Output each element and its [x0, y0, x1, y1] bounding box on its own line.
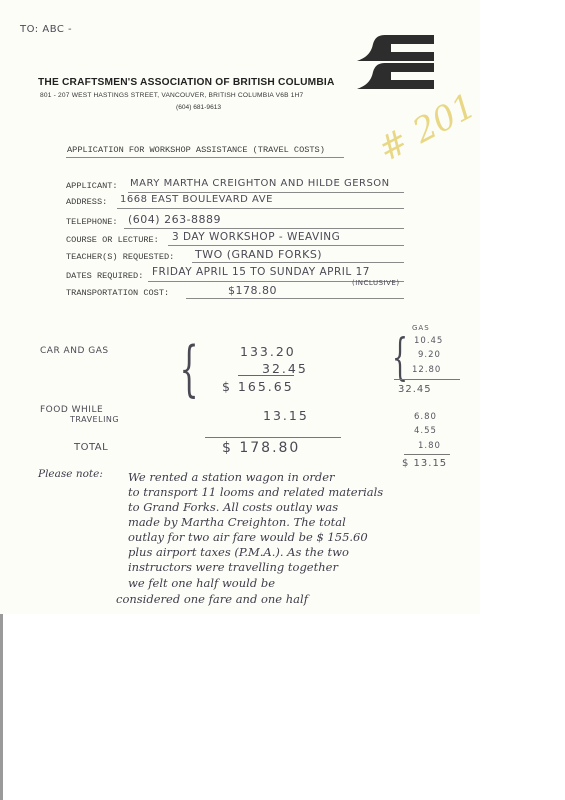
note-line: to Grand Forks. All costs outlay was [128, 500, 338, 514]
note-line: instructors were travelling together [128, 560, 338, 574]
scan-edge [0, 614, 3, 800]
field-label: APPLICANT: [66, 181, 118, 191]
field-value: TWO (GRAND FORKS) [195, 248, 322, 261]
note-line: we felt one half would be [128, 576, 275, 590]
note-line: made by Martha Creighton. The total [128, 515, 346, 529]
food-amount: 13.15 [263, 408, 309, 423]
gas-sum: 32.45 [398, 384, 432, 395]
field-line [128, 192, 404, 193]
field-line [168, 245, 404, 246]
note-label: Please note: [38, 468, 103, 480]
food-item: 6.80 [414, 412, 437, 422]
sum-line [394, 379, 460, 380]
food-item: 4.55 [414, 426, 437, 436]
note-line: outlay for two air fare would be $ 155.6… [128, 530, 368, 544]
cc-logo-icon [355, 34, 435, 90]
brace: { [392, 328, 408, 386]
car-and-gas-subtotal: $ 165.65 [222, 379, 294, 394]
field-line [186, 298, 404, 299]
field-label: ADDRESS: [66, 197, 107, 207]
sum-line [404, 454, 450, 455]
car-and-gas-label: CAR AND GAS [40, 346, 109, 356]
car-amount: 133.20 [240, 344, 296, 359]
field-label: COURSE OR LECTURE: [66, 235, 159, 245]
organization-name: THE CRAFTSMEN'S ASSOCIATION OF BRITISH C… [38, 77, 335, 88]
total-amount: $ 178.80 [222, 440, 300, 456]
field-label: TEACHER(S) REQUESTED: [66, 252, 174, 262]
field-value: 3 DAY WORKSHOP - WEAVING [172, 231, 340, 243]
gas-amount: 32.45 [262, 361, 308, 376]
gas-item: 12.80 [412, 365, 441, 375]
gas-item: 10.45 [414, 336, 443, 346]
food-label-2: TRAVELING [70, 415, 119, 424]
field-value: FRIDAY APRIL 15 TO SUNDAY APRIL 17 [152, 266, 370, 278]
gas-item: 9.20 [418, 350, 441, 360]
gas-sidecalc-header: GAS [412, 324, 430, 332]
note-line: considered one fare and one half [116, 592, 308, 606]
food-sum: $ 13.15 [402, 458, 447, 469]
field-line [117, 208, 404, 209]
brace: { [180, 334, 199, 404]
title-underline [66, 157, 344, 158]
field-value: (604) 263-8889 [128, 213, 221, 226]
food-item: 1.80 [418, 441, 441, 451]
field-label: TELEPHONE: [66, 217, 118, 227]
field-line [124, 228, 404, 229]
field-label: TRANSPORTATION COST: [66, 288, 169, 298]
field-value: 1668 EAST BOULEVARD AVE [120, 194, 273, 205]
field-line [192, 262, 404, 263]
form-title: APPLICATION FOR WORKSHOP ASSISTANCE (TRA… [67, 145, 325, 155]
note-line: plus airport taxes (P.M.A.). As the two [128, 545, 349, 559]
food-label-1: FOOD WHILE [40, 405, 103, 415]
note-line: We rented a station wagon in order [128, 470, 335, 484]
note-line: to transport 11 looms and related materi… [128, 485, 383, 499]
field-value: MARY MARTHA CREIGHTON AND HILDE GERSON [130, 178, 390, 189]
field-value: $178.80 [228, 284, 277, 297]
field-label: DATES REQUIRED: [66, 271, 143, 281]
sum-line [238, 375, 294, 376]
total-line [205, 437, 341, 438]
total-label: TOTAL [74, 442, 108, 453]
field-note: (INCLUSIVE) [352, 279, 400, 287]
organization-address: 801 - 207 WEST HASTINGS STREET, VANCOUVE… [40, 92, 303, 99]
organization-phone: (604) 681-9613 [176, 104, 221, 111]
margin-note: TO: ABC - [20, 24, 72, 35]
